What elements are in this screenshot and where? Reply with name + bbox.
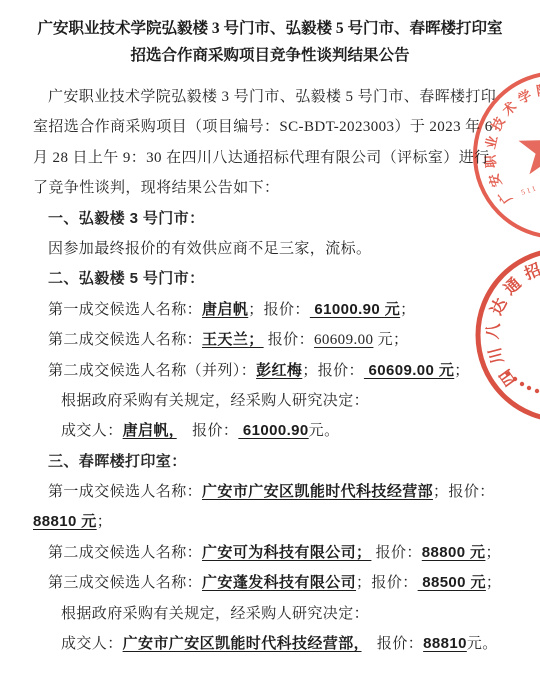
- price-label: 报价：: [177, 423, 239, 439]
- intro-line-1: 广安职业技术学院弘毅楼 3 号门市、弘毅楼 5 号门市、春晖楼打印: [33, 82, 507, 112]
- bid-price: 88810 元: [33, 513, 97, 530]
- candidate-name: 王天兰；: [202, 331, 264, 348]
- award-label: 成交人：: [61, 636, 123, 652]
- award-price: 61000.90: [238, 422, 308, 439]
- awardee-name: 唐启帆，: [123, 422, 177, 439]
- candidate-name: 广安可为科技有限公司；: [202, 544, 371, 561]
- rule-line: 根据政府采购有关规定，经采购人研究决定：: [33, 386, 507, 416]
- seal-dot: [513, 377, 517, 381]
- candidate-line: 第一成交候选人名称：唐启帆；报价： 61000.90 元；: [33, 295, 507, 325]
- candidate-label: 第二成交候选人名称（并列）：: [48, 363, 256, 379]
- seal-dot: [527, 386, 531, 390]
- seal2-arc-text: 四川八达通招标: [484, 256, 540, 389]
- candidate-name: 唐启帆: [202, 301, 248, 318]
- bid-price: 88500 元: [418, 574, 486, 591]
- title-line-2: 招选合作商采购项目竞争性谈判结果公告: [130, 47, 409, 64]
- line-tail: 元。: [309, 423, 340, 439]
- bid-price: 60609.00 元: [364, 362, 454, 379]
- candidate-label: 第一成交候选人名称：: [48, 302, 202, 318]
- candidate-line-continuation: 88810 元；: [33, 507, 507, 537]
- candidate-line: 第三成交候选人名称：广安蓬发科技有限公司；报价： 88500 元；: [33, 568, 507, 598]
- agency-seal-stamp: 四川八达通招标: [452, 238, 540, 458]
- announcement-document: 广安职业技术学院弘毅楼 3 号门市、弘毅楼 5 号门市、春晖楼打印室招选合作商采…: [0, 0, 540, 673]
- candidate-label: 第三成交候选人名称：: [48, 575, 202, 591]
- line-tail: ；: [97, 514, 112, 530]
- price-label: 报价：: [371, 545, 421, 561]
- intro-line-4: 了竞争性谈判，现将结果公告如下：: [33, 173, 507, 203]
- seal-dot: [535, 389, 539, 393]
- bid-price: 88800 元: [422, 544, 486, 561]
- rule-line: 根据政府采购有关规定，经采购人研究决定：: [33, 599, 507, 629]
- line-tail: ；: [486, 575, 501, 591]
- section1-heading: 一、弘毅楼 3 号门市：: [33, 204, 507, 234]
- section2-heading: 二、弘毅楼 5 号门市：: [33, 264, 507, 294]
- award-label: 成交人：: [61, 423, 123, 439]
- line-tail: ；: [485, 545, 500, 561]
- title-line-1: 广安职业技术学院弘毅楼 3 号门市、弘毅楼 5 号门市、春晖楼打印室: [37, 20, 502, 37]
- section1-body: 因参加最终报价的有效供应商不足三家，流标。: [33, 234, 507, 264]
- candidate-label: 第二成交候选人名称：: [48, 332, 202, 348]
- bid-price: 60609.00: [314, 332, 373, 348]
- line-tail: 元。: [467, 636, 498, 652]
- candidate-name: 广安蓬发科技有限公司: [202, 574, 356, 591]
- candidate-line: 第一成交候选人名称：广安市广安区凯能时代科技经营部；报价：: [33, 477, 507, 507]
- seal1-code: 511: [520, 183, 539, 197]
- award-price: 88810: [423, 635, 467, 652]
- price-label: 报价：: [264, 332, 314, 348]
- price-label: ；报价：: [356, 575, 418, 591]
- candidate-line: 第二成交候选人名称（并列）：彭红梅；报价： 60609.00 元；: [33, 356, 507, 386]
- seal-dot: [506, 372, 510, 376]
- seal-star-icon: [519, 120, 540, 174]
- line-tail: ；: [400, 302, 415, 318]
- svg-text:四川八达通招标: 四川八达通招标: [484, 256, 540, 389]
- candidate-label: 第一成交候选人名称：: [48, 484, 202, 500]
- award-line: 成交人：广安市广安区凯能时代科技经营部， 报价：88810元。: [33, 629, 507, 659]
- intro-line-3: 月 28 日上午 9：30 在四川八达通招标代理有限公司（评标室）进行: [33, 143, 507, 173]
- intro-line-2: 室招选合作商采购项目（项目编号：SC-BDT-2023003）于 2023 年 …: [33, 112, 507, 142]
- candidate-line: 第二成交候选人名称：广安可为科技有限公司； 报价：88800 元；: [33, 538, 507, 568]
- bid-price: 61000.90 元: [310, 301, 400, 318]
- candidate-label: 第二成交候选人名称：: [48, 545, 202, 561]
- price-label: ；报价：: [433, 484, 495, 500]
- awardee-name: 广安市广安区凯能时代科技经营部，: [123, 635, 362, 652]
- candidate-name: 彭红梅: [256, 362, 302, 379]
- candidate-name: 广安市广安区凯能时代科技经营部: [202, 483, 433, 500]
- price-label: ；报价：: [248, 302, 310, 318]
- line-tail: 元；: [373, 332, 408, 348]
- document-title: 广安职业技术学院弘毅楼 3 号门市、弘毅楼 5 号门市、春晖楼打印室招选合作商采…: [33, 15, 507, 69]
- price-label: 报价：: [362, 636, 424, 652]
- award-line: 成交人：唐启帆， 报价： 61000.90元。: [33, 416, 507, 446]
- price-label: ；报价：: [302, 363, 364, 379]
- candidate-line: 第二成交候选人名称：王天兰； 报价：60609.00 元；: [33, 325, 507, 355]
- seal-dot: [520, 382, 524, 386]
- section3-heading: 三、春晖楼打印室：: [33, 447, 507, 477]
